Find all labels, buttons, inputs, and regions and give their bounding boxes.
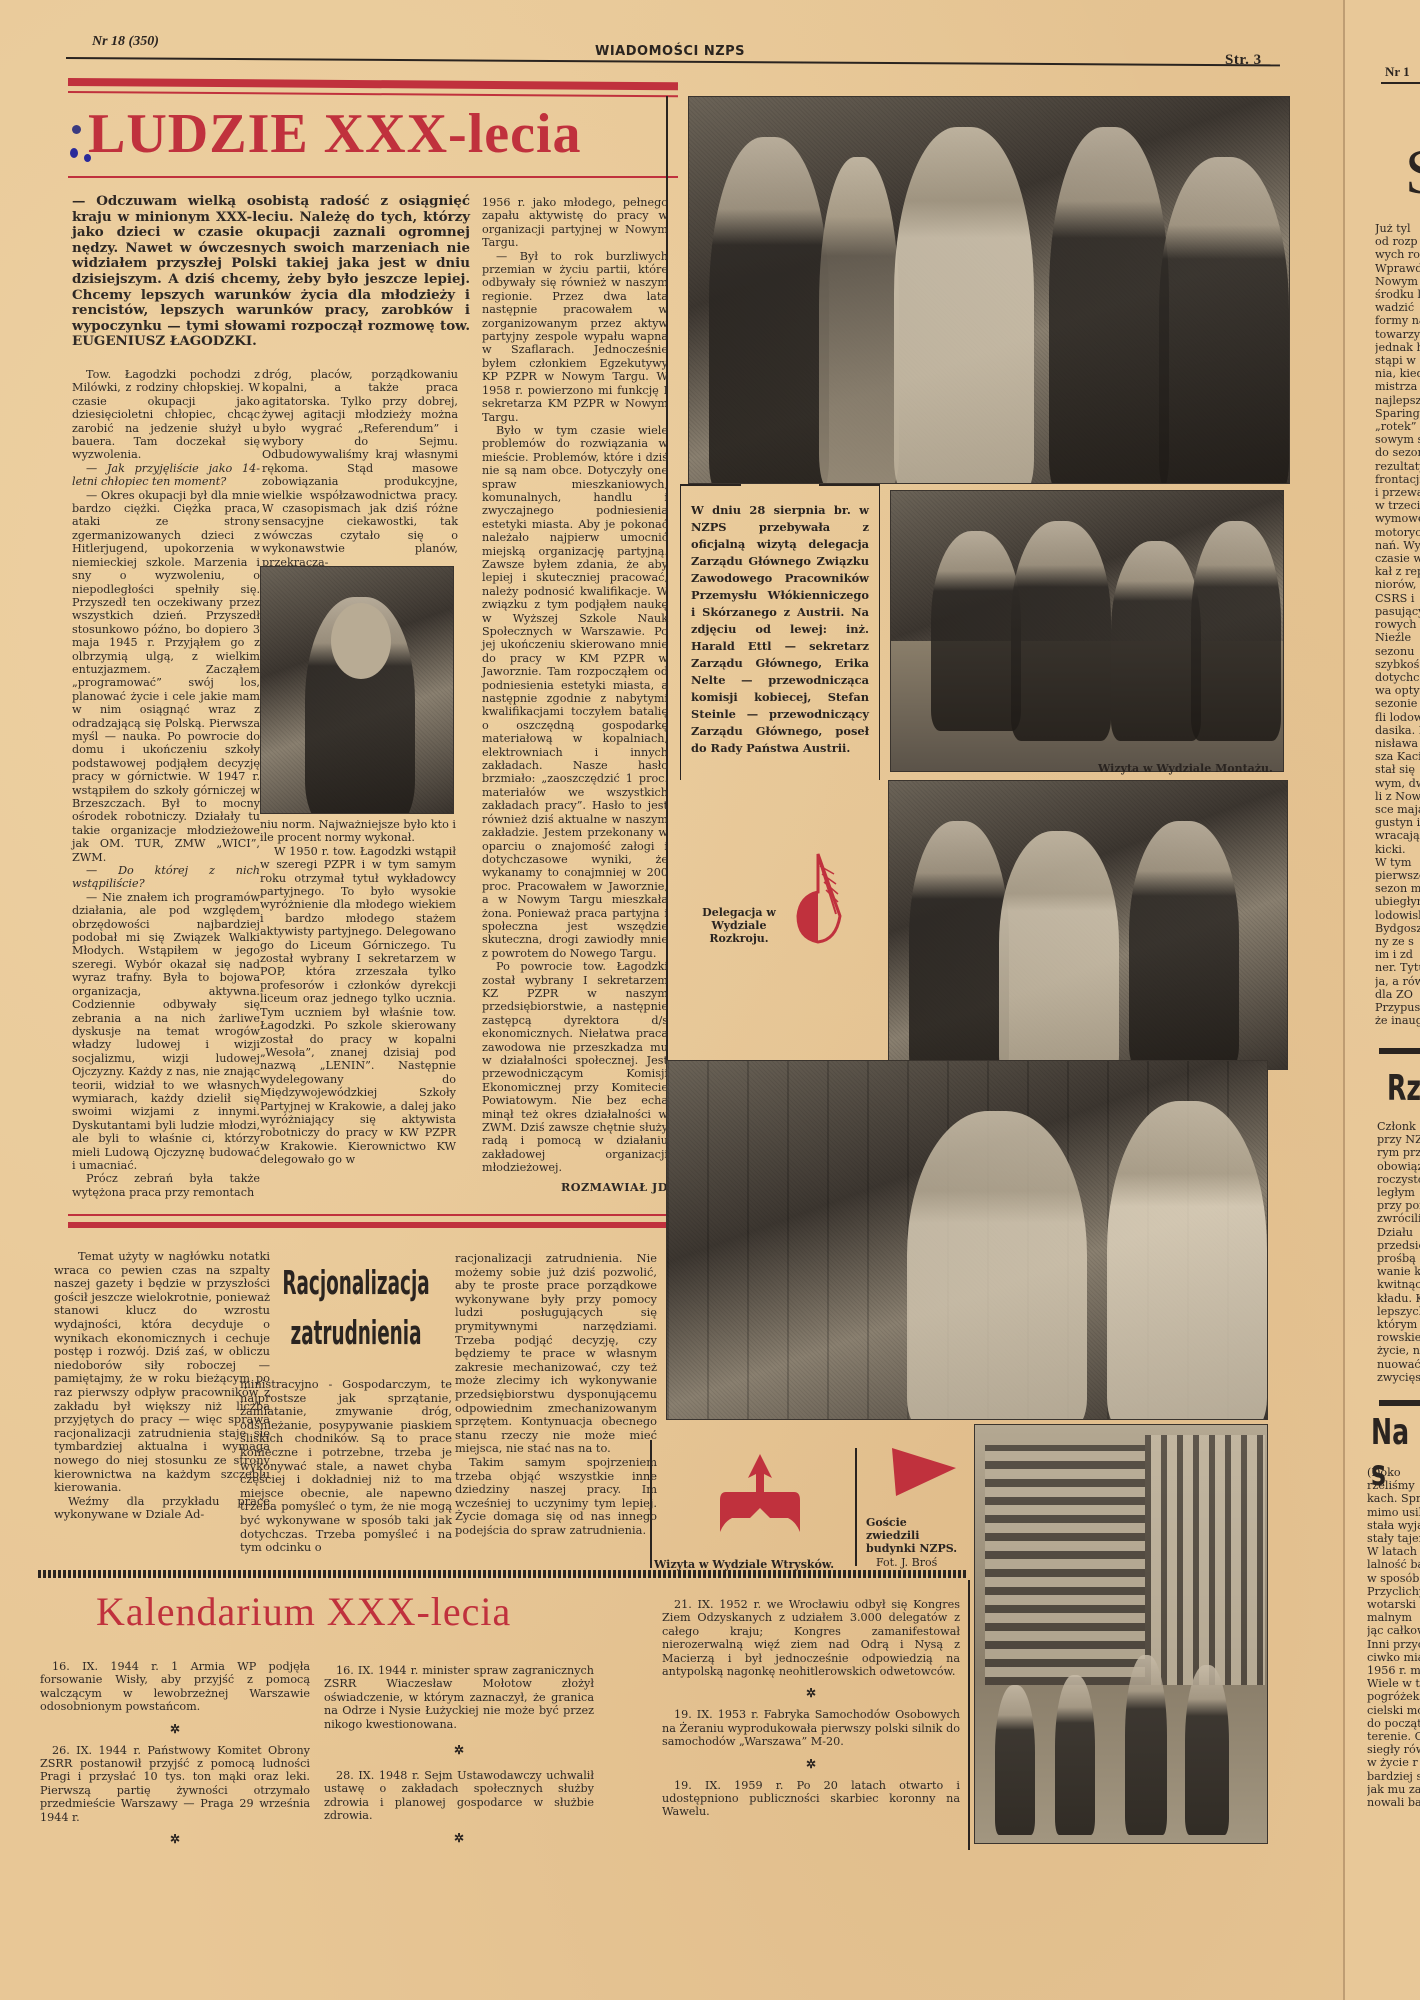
ink-dot-icon bbox=[84, 154, 91, 162]
next-page-line: CSRS i bbox=[1375, 592, 1420, 605]
paragraph: racjonalizacji zatrudnienia. Nie możemy … bbox=[455, 1252, 657, 1456]
separator-star-icon: ✲ bbox=[324, 1831, 594, 1845]
red-triangle-logo-icon bbox=[890, 1446, 958, 1498]
next-page-line: wymowę bbox=[1375, 512, 1420, 525]
next-page-line: gustyn i bbox=[1375, 816, 1420, 829]
rac-title-line1: Racjonalizacja bbox=[266, 1258, 446, 1308]
red-knife-logo-icon bbox=[796, 852, 844, 944]
next-page-rule bbox=[1381, 82, 1420, 84]
next-page-line: Przyclichy bbox=[1367, 1585, 1420, 1598]
next-page-strip: Nr 1 S Już tylod rozpwych roWprawdNowymś… bbox=[1345, 0, 1420, 2000]
paragraph: niu norm. Najważniejsze było kto i ile p… bbox=[260, 818, 456, 845]
red-top-line bbox=[68, 91, 678, 97]
next-page-line: Przypusz bbox=[1375, 1001, 1420, 1014]
next-page-line: stała wyja bbox=[1367, 1519, 1420, 1532]
paragraph: Temat użyty w nagłówku notatki wraca co … bbox=[54, 1250, 270, 1495]
next-page-line: Wiele w t bbox=[1367, 1677, 1420, 1690]
article-col-2-top: dróg, placów, porządkowaniu kopalni, a t… bbox=[262, 368, 458, 569]
portrait-photo bbox=[260, 566, 454, 814]
next-page-line: jak mu zab bbox=[1367, 1783, 1420, 1796]
ink-dot-icon bbox=[72, 125, 81, 134]
caption-divider bbox=[855, 1448, 857, 1566]
next-page-line: sezonie n bbox=[1375, 697, 1420, 710]
next-page-line: sezon mi bbox=[1375, 882, 1420, 895]
paragraph: Prócz zebrań była także wytężona praca p… bbox=[72, 1172, 260, 1199]
next-page-line: do sezon bbox=[1375, 446, 1420, 459]
paragraph: Takim samym spojrzeniem trzeba objąć wsz… bbox=[455, 1456, 657, 1538]
red-arrow-logo-icon bbox=[718, 1452, 802, 1534]
next-page-line: że inaugu bbox=[1375, 1014, 1420, 1027]
caption-montaz: Wizyta w Wydziale Montażu. bbox=[1098, 762, 1273, 775]
next-page-line: motorycz bbox=[1375, 526, 1420, 539]
next-page-line: cielski mo bbox=[1367, 1704, 1420, 1717]
next-page-line: sowym s bbox=[1375, 433, 1420, 446]
next-page-bar bbox=[1379, 1400, 1420, 1406]
next-page-line: wadzić bbox=[1375, 301, 1420, 314]
separator-star-icon: ✲ bbox=[40, 1832, 310, 1846]
next-page-line: do począt bbox=[1367, 1717, 1420, 1730]
next-page-line: (Doko bbox=[1367, 1466, 1420, 1479]
paragraph: W 1950 r. tow. Łagodzki wstąpił w szereg… bbox=[260, 845, 456, 1167]
calendar-entry: 19. IX. 1959 r. Po 20 latach otwarto i u… bbox=[662, 1779, 960, 1819]
next-page-line: i przewag bbox=[1375, 486, 1420, 499]
separator-star-icon: ✲ bbox=[324, 1743, 594, 1757]
caption-rozkroj: Delegacja w Wydziale Rozkroju. bbox=[684, 906, 794, 945]
next-page-line: stał się bbox=[1375, 763, 1420, 776]
hatched-separator bbox=[38, 1570, 968, 1578]
next-page-line: lalność ba bbox=[1367, 1558, 1420, 1571]
next-page-line: ja, a rów bbox=[1375, 975, 1420, 988]
next-page-line: kicki. bbox=[1375, 843, 1420, 856]
next-page-line: zwrócili bbox=[1377, 1212, 1420, 1225]
next-page-line: Już tyl bbox=[1375, 222, 1420, 235]
next-page-line: Bydgoszcz bbox=[1375, 922, 1420, 935]
next-page-line: prośbą o bbox=[1377, 1252, 1420, 1265]
paragraph: — Był to rok burzliwych przemian w życiu… bbox=[482, 250, 668, 424]
paragraph: Po powrocie tow. Łagodzki został wybrany… bbox=[482, 960, 668, 1175]
next-page-line: roczystoś bbox=[1377, 1173, 1420, 1186]
paragraph: Weźmy dla przykładu prace wykonywane w D… bbox=[54, 1495, 270, 1522]
next-page-line: sezonu bbox=[1375, 645, 1420, 658]
paragraph: — Okres okupacji był dla mnie bardzo cię… bbox=[72, 489, 260, 864]
separator-star-icon: ✲ bbox=[662, 1686, 960, 1700]
next-page-line: obowiąze bbox=[1377, 1160, 1420, 1173]
photo-delegation-group bbox=[688, 96, 1290, 484]
separator-star-icon: ✲ bbox=[662, 1757, 960, 1771]
next-page-line: pierwszoli bbox=[1375, 869, 1420, 882]
next-page-line: pasujący bbox=[1375, 605, 1420, 618]
next-page-line: siegły rów bbox=[1367, 1743, 1420, 1756]
column-divider bbox=[968, 1580, 970, 1850]
next-page-line: Nowym bbox=[1375, 275, 1420, 288]
next-page-column-b: Członkprzy NZrym przyobowiązeroczystośle… bbox=[1377, 1120, 1420, 1384]
delegation-info-box: W dniu 28 sierpnia br. w NZPS przebywała… bbox=[680, 484, 880, 780]
next-page-line: mimo usil bbox=[1367, 1506, 1420, 1519]
paragraph: — Nie znałem ich programów działania, al… bbox=[72, 891, 260, 1173]
next-page-line: przedsięb bbox=[1377, 1239, 1420, 1252]
next-page-line: środku l bbox=[1375, 288, 1420, 301]
red-separator-bar bbox=[68, 1222, 666, 1228]
masthead: WIADOMOŚCI NZPS bbox=[595, 44, 745, 59]
next-page-line: wa optym bbox=[1375, 684, 1420, 697]
article-signature: ROZMAWIAŁ JD bbox=[482, 1181, 668, 1194]
next-page-line: sce mają bbox=[1375, 803, 1420, 816]
calendar-entry: 28. IX. 1948 r. Sejm Ustawodawczy uchwal… bbox=[324, 1769, 594, 1823]
next-page-line: którym p bbox=[1377, 1318, 1420, 1331]
rac-title-line2: zatrudnienia bbox=[266, 1308, 446, 1358]
next-page-line: wanie kil bbox=[1377, 1265, 1420, 1278]
next-page-line: Działu bbox=[1377, 1226, 1420, 1239]
next-page-line: życie, nie bbox=[1377, 1344, 1420, 1357]
ink-dot-icon bbox=[70, 148, 78, 158]
next-page-line: Inni przyc bbox=[1367, 1638, 1420, 1651]
next-page-line: ciwko mia bbox=[1367, 1651, 1420, 1664]
photo-rozkroj bbox=[888, 780, 1288, 1070]
next-page-line: formy na bbox=[1375, 314, 1420, 327]
next-page-line: ner. Tytu bbox=[1375, 961, 1420, 974]
next-page-line: li z Now bbox=[1375, 790, 1420, 803]
next-page-line: kładu. Ki bbox=[1377, 1292, 1420, 1305]
kalendarium-col-3: 21. IX. 1952 r. we Wrocławiu odbył się K… bbox=[662, 1598, 960, 1823]
photo-montaz bbox=[890, 490, 1284, 772]
next-page-line: nań. Wy bbox=[1375, 539, 1420, 552]
next-page-line: mistrza k bbox=[1375, 380, 1420, 393]
next-page-line: w życie r bbox=[1367, 1756, 1420, 1769]
next-page-line: w sposób bbox=[1367, 1572, 1420, 1585]
next-page-line: nuować bbox=[1377, 1358, 1420, 1371]
article-col-1: Tow. Łagodzki pochodzi z Milówki, z rodz… bbox=[72, 368, 260, 1199]
next-page-line: W latach bbox=[1367, 1545, 1420, 1558]
next-page-line: zwycięstw bbox=[1377, 1371, 1420, 1384]
next-page-line: nia, kied bbox=[1375, 367, 1420, 380]
red-title-underline bbox=[68, 176, 678, 178]
calendar-entry: 16. IX. 1944 r. 1 Armia WP podjęła forso… bbox=[40, 1660, 310, 1714]
article-col-3: 1956 r. jako młodego, pełnego zapału akt… bbox=[482, 196, 668, 1194]
next-page-line: rezultaty bbox=[1375, 460, 1420, 473]
next-page-headline-2: Rze bbox=[1387, 1068, 1420, 1109]
next-page-line: ny ze s bbox=[1375, 935, 1420, 948]
next-page-column-c: (Dokorzeliśmykach. Spramimo usilstała wy… bbox=[1367, 1466, 1420, 1809]
next-page-line: Członk bbox=[1377, 1120, 1420, 1133]
next-page-line: dla ZO bbox=[1375, 988, 1420, 1001]
next-page-line: kał z rep bbox=[1375, 565, 1420, 578]
next-page-line: kach. Spra bbox=[1367, 1492, 1420, 1505]
next-page-line: W tym bbox=[1375, 856, 1420, 869]
next-page-column-a: Już tylod rozpwych roWprawdNowymśrodku l… bbox=[1375, 222, 1420, 1027]
interview-question: — Jak przyjęliście jako 14-letni chłopie… bbox=[72, 462, 260, 489]
next-page-line: Wprawd bbox=[1375, 262, 1420, 275]
next-page-line: przy pom bbox=[1377, 1199, 1420, 1212]
separator-star-icon: ✲ bbox=[40, 1722, 310, 1736]
paragraph: Tow. Łagodzki pochodzi z Milówki, z rodz… bbox=[72, 368, 260, 462]
next-page-line: nowali ba bbox=[1367, 1796, 1420, 1809]
next-page-line: najlepszy bbox=[1375, 394, 1420, 407]
next-page-line: sza Kacik bbox=[1375, 750, 1420, 763]
next-page-line: „rotek” b bbox=[1375, 420, 1420, 433]
paragraph: 1956 r. jako młodego, pełnego zapału akt… bbox=[482, 196, 668, 250]
next-page-line: niorów, bbox=[1375, 578, 1420, 591]
next-page-line: towarzys bbox=[1375, 328, 1420, 341]
next-page-line: czasie wy bbox=[1375, 552, 1420, 565]
next-page-line: terenie. Co bbox=[1367, 1730, 1420, 1743]
next-page-line: Sparing bbox=[1375, 407, 1420, 420]
page-number: Str. 3 bbox=[1225, 52, 1262, 69]
next-page-line: nisława bbox=[1375, 737, 1420, 750]
issue-number: Nr 18 (350) bbox=[92, 34, 159, 50]
next-page-line: dotychcza bbox=[1375, 671, 1420, 684]
next-page-line: 1956 r. m bbox=[1367, 1664, 1420, 1677]
next-page-line: fli lodow bbox=[1375, 711, 1420, 724]
next-page-line: Nieźle bbox=[1375, 631, 1420, 644]
red-top-bar bbox=[68, 78, 678, 90]
kalendarium-title: Kalendarium XXX-lecia bbox=[96, 1590, 511, 1634]
photo-credit: Fot. J. Broś bbox=[876, 1556, 937, 1569]
calendar-entry: 21. IX. 1952 r. we Wrocławiu odbył się K… bbox=[662, 1598, 960, 1678]
caption-goscie: Goście zwiedzili budynki NZPS. bbox=[866, 1516, 960, 1555]
column-divider bbox=[666, 96, 668, 1226]
next-page-line: malnym bbox=[1367, 1611, 1420, 1624]
next-page-headline: S bbox=[1405, 140, 1420, 204]
kalendarium-col-2: 16. IX. 1944 r. minister spraw zagranicz… bbox=[324, 1664, 594, 1853]
next-page-line: dasika. M bbox=[1375, 724, 1420, 737]
next-page-line: ubiegłym bbox=[1375, 895, 1420, 908]
next-page-issue: Nr 1 bbox=[1385, 64, 1410, 80]
next-page-line: bardziej s bbox=[1367, 1770, 1420, 1783]
next-page-line: lepszych bbox=[1377, 1305, 1420, 1318]
calendar-entry: 26. IX. 1944 r. Państwowy Komitet Obrony… bbox=[40, 1744, 310, 1824]
next-page-line: wracając bbox=[1375, 829, 1420, 842]
next-page-line: kwitnący bbox=[1377, 1278, 1420, 1291]
kalendarium-col-1: 16. IX. 1944 r. 1 Armia WP podjęła forso… bbox=[40, 1660, 310, 1854]
next-page-line: stąpi w bbox=[1375, 354, 1420, 367]
next-page-line: jąc całkow bbox=[1367, 1624, 1420, 1637]
next-page-line: stały tajen bbox=[1367, 1532, 1420, 1545]
article-title-ludzie: LUDZIE XXX-lecia bbox=[88, 104, 582, 164]
paragraph: Było w tym czasie wiele problemów do roz… bbox=[482, 424, 668, 960]
rac-col-2: ministracyjno - Gospodarczym, te najpros… bbox=[240, 1378, 452, 1555]
next-page-line: jednak h bbox=[1375, 341, 1420, 354]
rac-col-1: Temat użyty w nagłówku notatki wraca co … bbox=[54, 1250, 270, 1522]
column-divider bbox=[650, 1440, 652, 1568]
next-page-line: rowych z bbox=[1375, 618, 1420, 631]
next-page-line: rzeliśmy bbox=[1367, 1479, 1420, 1492]
next-page-line: rym przy bbox=[1377, 1146, 1420, 1159]
next-page-line: od rozp bbox=[1375, 235, 1420, 248]
interview-question: — Do której z nich wstąpiliście? bbox=[72, 864, 260, 891]
next-page-line: wych ro bbox=[1375, 248, 1420, 261]
next-page-line: rowskiego bbox=[1377, 1331, 1420, 1344]
delegation-text: W dniu 28 sierpnia br. w NZPS przebywała… bbox=[691, 502, 869, 757]
next-page-line: przy NZ bbox=[1377, 1133, 1420, 1146]
rac-col-3: racjonalizacji zatrudnienia. Nie możemy … bbox=[455, 1252, 657, 1537]
red-separator bbox=[68, 1214, 666, 1216]
next-page-line: ległym bbox=[1377, 1186, 1420, 1199]
article-col-2-bottom: niu norm. Najważniejsze było kto i ile p… bbox=[260, 818, 456, 1167]
calendar-entry: 16. IX. 1944 r. minister spraw zagranicz… bbox=[324, 1664, 594, 1731]
calendar-entry: 19. IX. 1953 r. Fabryka Samochodów Osobo… bbox=[662, 1708, 960, 1748]
next-page-line: wym, dw bbox=[1375, 777, 1420, 790]
article-lead: — Odczuwam wielką osobistą radość z osią… bbox=[72, 194, 470, 350]
next-page-bar bbox=[1379, 1048, 1420, 1054]
photo-wtryskow bbox=[666, 1060, 1268, 1420]
next-page-line: w trzecio bbox=[1375, 499, 1420, 512]
next-page-line: szybkości bbox=[1375, 658, 1420, 671]
photo-building bbox=[974, 1424, 1268, 1844]
rac-title: Racjonalizacja zatrudnienia bbox=[300, 1258, 412, 1358]
next-page-line: im i zd bbox=[1375, 948, 1420, 961]
next-page-line: frontacji bbox=[1375, 473, 1420, 486]
next-page-line: wotarski z bbox=[1367, 1598, 1420, 1611]
next-page-line: lodowisku bbox=[1375, 909, 1420, 922]
next-page-line: pogróżek bbox=[1367, 1690, 1420, 1703]
